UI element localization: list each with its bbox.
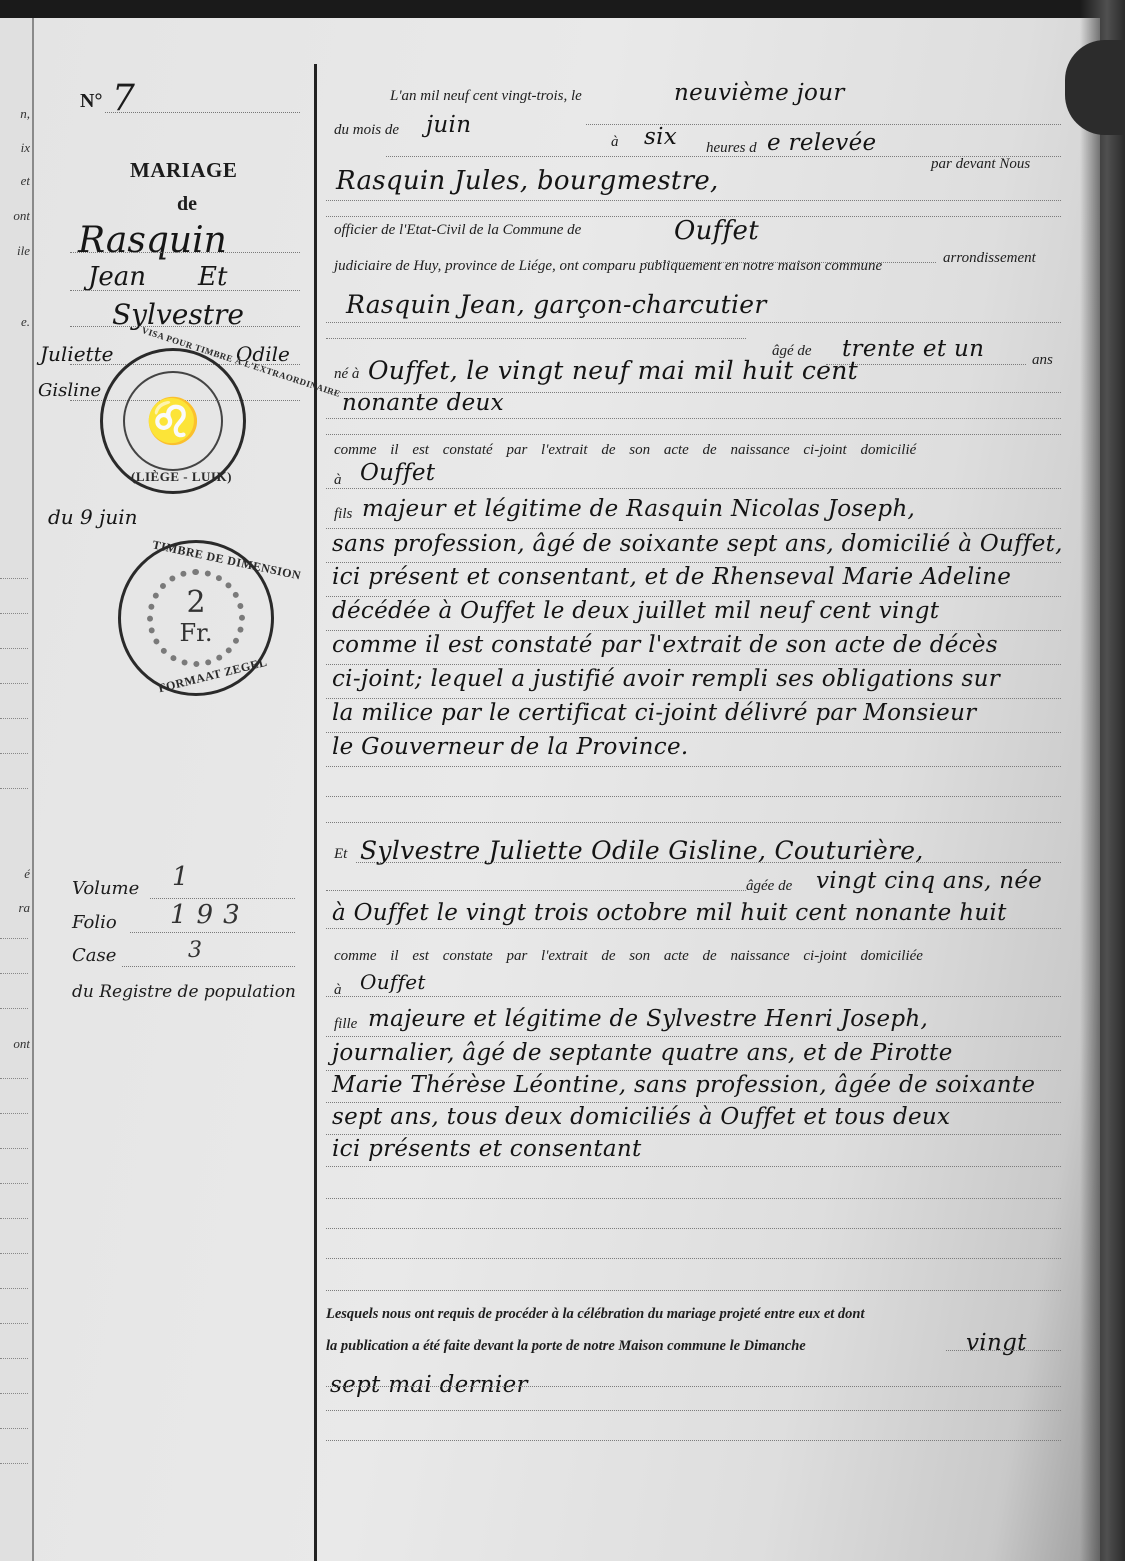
bride-parents-line: Marie Thérèse Léontine, sans profession,…	[332, 1072, 1035, 1098]
record-title: MARIAGE	[130, 158, 237, 183]
officiant-name: Rasquin Jules, bourgmestre,	[336, 166, 719, 196]
seal-timbre-de-dimension: TIMBRE DE DIMENSION 2 Fr. FORMAAT ZEGEL	[118, 540, 274, 696]
groom-parents-line: la milice par le certificat ci-joint dél…	[332, 700, 976, 726]
seal-liege-luik: VISA POUR TIMBRE À L'EXTRAORDINAIRE ♌ (L…	[100, 348, 246, 494]
prev-page-fragment: é	[0, 866, 30, 882]
bride-age-value: vingt cinq ans, née	[816, 868, 1042, 894]
prev-page-fragment: ont	[0, 208, 30, 224]
case-value: 3	[188, 938, 202, 963]
thumb-shadow	[1065, 40, 1125, 135]
volume-label: Volume	[72, 878, 139, 899]
groom-parents-line: majeur et légitime de Rasquin Nicolas Jo…	[362, 496, 915, 522]
hour-value: six	[644, 124, 677, 150]
prev-page-fragment: ra	[0, 900, 30, 916]
prev-page-fragment: ont	[0, 1036, 30, 1052]
commune-value: Ouffet	[674, 216, 759, 246]
bride-given-name-1: Juliette	[40, 342, 113, 366]
publication-date-day: vingt	[966, 1330, 1027, 1356]
entry-number-label: N°	[80, 90, 102, 113]
before-us-label: par devant Nous	[931, 156, 1030, 173]
groom-parents-line: décédée à Ouffet le deux juillet mil neu…	[332, 598, 939, 624]
fils-label: fils	[334, 506, 352, 523]
bride-given-name-3: Gisline	[38, 380, 101, 401]
groom-surname: Rasquin	[78, 220, 227, 261]
closing-text-line-1: Lesquels nous ont requis de procéder à l…	[326, 1306, 865, 1323]
opening-text: L'an mil neuf cent vingt-trois, le	[390, 88, 582, 105]
folio-value: 193	[170, 900, 250, 930]
groom-age-value: trente et un	[842, 336, 984, 362]
bride-attest-text: comme il est constate par l'extrait de s…	[334, 948, 923, 965]
time-of-day-value: e relevée	[767, 130, 876, 156]
case-label: Case	[72, 945, 116, 966]
groom-birth-details: Ouffet, le vingt neuf mai mil huit cent	[368, 356, 858, 385]
arrondissement-label: arrondissement	[943, 250, 1036, 267]
groom-domicile-value: Ouffet	[360, 460, 435, 486]
bride-name-occupation: Sylvestre Juliette Odile Gisline, Coutur…	[360, 836, 924, 865]
groom-parents-line: sans profession, âgé de soixante sept an…	[332, 531, 1063, 557]
column-divider	[314, 64, 317, 1561]
prev-page-fragment: ile	[0, 243, 30, 259]
bride-et-label: Et	[334, 846, 347, 863]
record-title-de: de	[177, 193, 197, 216]
marriage-date-note: du 9 juin	[48, 505, 137, 529]
conjunction-et: Et	[198, 262, 227, 292]
groom-attest-text: comme il est constaté par l'extrait de s…	[334, 442, 916, 459]
hour-label: à	[611, 134, 619, 151]
groom-parents-line: ci-joint; lequel a justifié avoir rempli…	[332, 666, 1000, 692]
fille-label: fille	[334, 1016, 357, 1033]
bride-parents-line: sept ans, tous deux domiciliés à Ouffet …	[332, 1104, 950, 1130]
groom-name-occupation: Rasquin Jean, garçon-charcutier	[346, 290, 767, 319]
bride-parents-line: journalier, âgé de septante quatre ans, …	[332, 1040, 953, 1066]
month-value: juin	[426, 112, 471, 138]
prev-page-fragment: e.	[0, 314, 30, 330]
publication-date-cont: sept mai dernier	[330, 1372, 528, 1398]
groom-parents-line: ici présent et consentant, et de Rhensev…	[332, 564, 1011, 590]
page-gutter-shadow	[1080, 0, 1125, 1561]
bride-parents-line: majeure et légitime de Sylvestre Henri J…	[368, 1006, 928, 1032]
prev-page-fragment: n,	[0, 106, 30, 122]
previous-page-edge: n, ix et ont ile e. é ra ont	[0, 18, 34, 1561]
bride-domicile-value: Ouffet	[360, 970, 426, 994]
bride-birth-details: à Ouffet le vingt trois octobre mil huit…	[332, 900, 1007, 926]
bride-parents-line: ici présents et consentant	[332, 1136, 642, 1162]
prev-page-fragment: ix	[0, 140, 30, 156]
prev-page-fragment: et	[0, 173, 30, 189]
closing-text-line-2: la publication a été faite devant la por…	[326, 1338, 806, 1355]
groom-parents-line: le Gouverneur de la Province.	[332, 734, 688, 760]
groom-born-label: né à	[334, 366, 359, 383]
folio-label: Folio	[72, 912, 117, 933]
bride-age-label: âgée de	[746, 878, 792, 895]
groom-birth-year-cont: nonante deux	[342, 390, 504, 416]
jurisdiction-text: judiciaire de Huy, province de Liége, on…	[334, 258, 882, 275]
volume-value: 1	[172, 862, 189, 892]
day-value: neuvième jour	[674, 80, 845, 106]
month-label: du mois de	[334, 122, 399, 139]
hour-suffix-label: heures d	[706, 140, 757, 157]
commune-label: officier de l'Etat-Civil de la Commune d…	[334, 222, 581, 239]
groom-age-unit: ans	[1032, 352, 1053, 369]
record-body: L'an mil neuf cent vingt-trois, le neuvi…	[326, 0, 1061, 1561]
groom-parents-line: comme il est constaté par l'extrait de s…	[332, 632, 998, 658]
groom-given-name: Jean	[88, 262, 146, 292]
seal-1-bottom-text: (LIÈGE - LUIK)	[131, 469, 232, 485]
groom-domicile-label: à	[334, 472, 342, 489]
register-footer: du Registre de population	[72, 982, 296, 1002]
